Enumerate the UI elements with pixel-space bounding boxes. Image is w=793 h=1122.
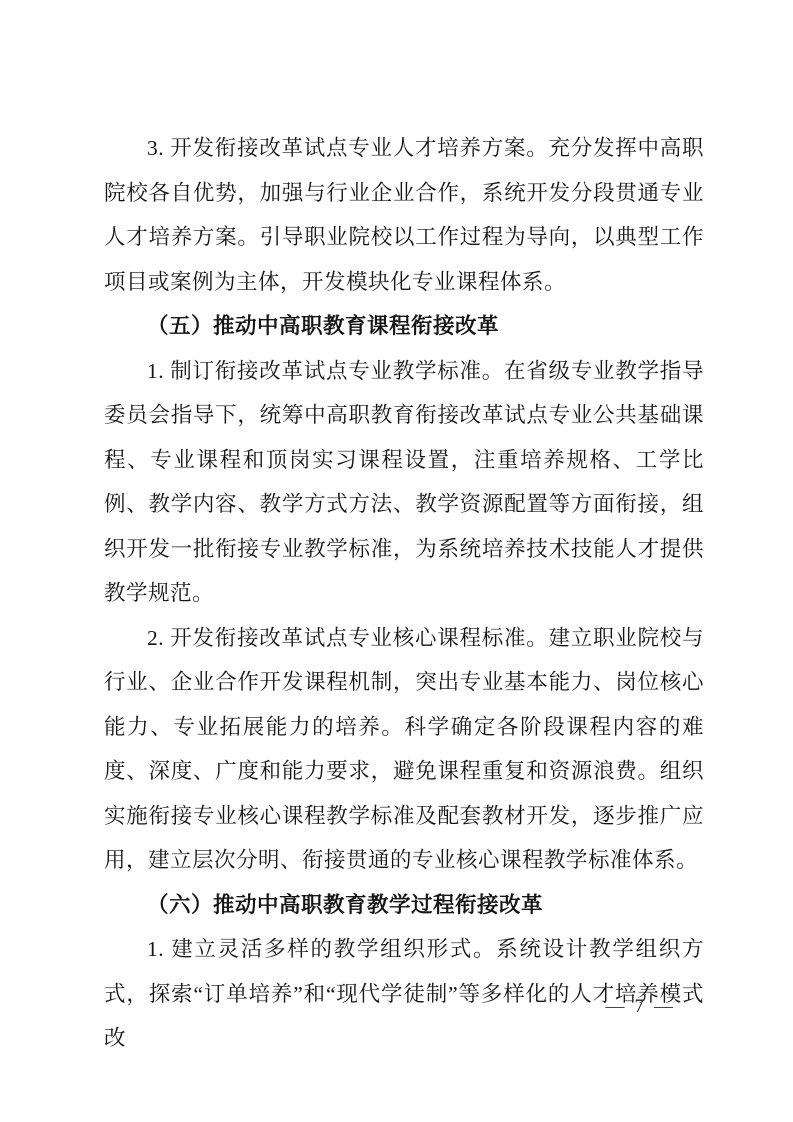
paragraph: 2. 开发衔接改革试点专业核心课程标准。建立职业院校与行业、企业合作开发课程机制…	[104, 616, 704, 883]
paragraph: 1. 制订衔接改革试点专业教学标准。在省级专业教学指导委员会指导下，统筹中高职教…	[104, 349, 704, 616]
paragraph: 3. 开发衔接改革试点专业人才培养方案。充分发挥中高职院校各自优势，加强与行业企…	[104, 126, 704, 304]
section-heading: （六）推动中高职教育教学过程衔接改革	[104, 883, 704, 928]
page-number: 7	[635, 996, 645, 1017]
document-page: 3. 开发衔接改革试点专业人才培养方案。充分发挥中高职院校各自优势，加强与行业企…	[0, 0, 793, 1122]
footer-dash-left: —	[606, 996, 625, 1018]
document-body: 3. 开发衔接改革试点专业人才培养方案。充分发挥中高职院校各自优势，加强与行业企…	[104, 126, 704, 1061]
section-heading: （五）推动中高职教育课程衔接改革	[104, 304, 704, 349]
footer-dash-right: —	[654, 996, 673, 1018]
paragraph: 1. 建立灵活多样的教学组织形式。系统设计教学组织方式，探索“订单培养”和“现代…	[104, 927, 704, 1061]
page-footer: —7—	[596, 996, 684, 1018]
